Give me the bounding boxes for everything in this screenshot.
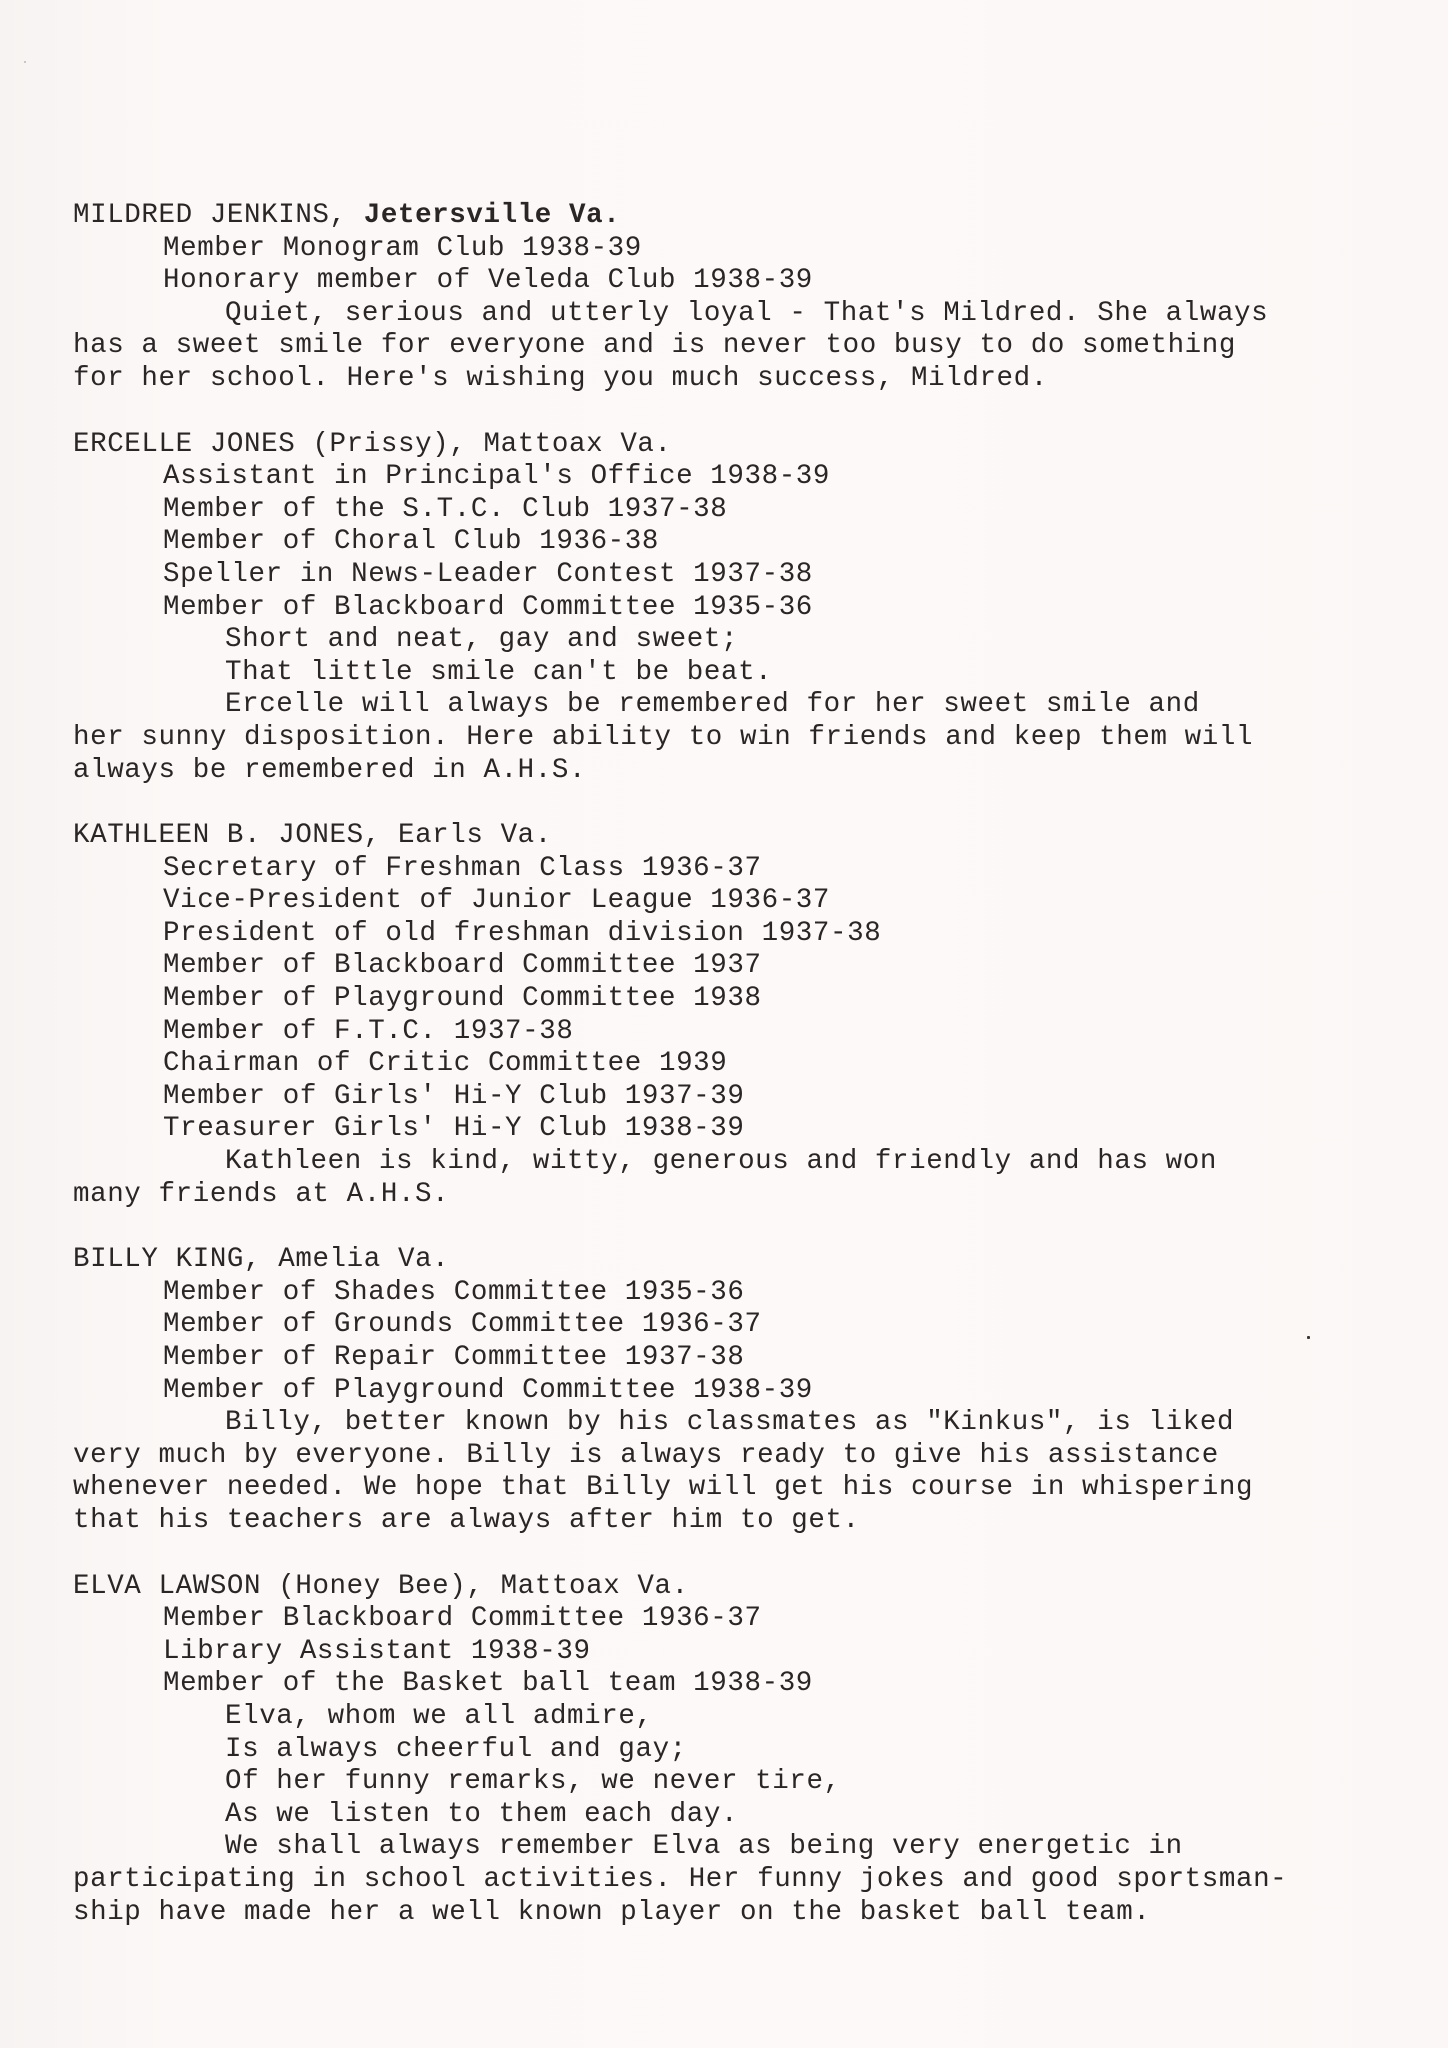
tribute-line: Quiet, serious and utterly loyal - That'… <box>73 298 1393 331</box>
activity-item: Vice-President of Junior League 1936-37 <box>73 885 1393 918</box>
activity-item: Member of Blackboard Committee 1935-36 <box>73 592 1393 625</box>
activity-item: Honorary member of Veleda Club 1938-39 <box>73 265 1393 298</box>
heading-separator: , <box>330 200 364 231</box>
document-page: MILDRED JENKINS, Jetersville Va. Member … <box>0 0 1448 2048</box>
entry-heading: ERCELLE JONES (Prissy), Mattoax Va. <box>73 429 1393 462</box>
heading-separator: , <box>466 1571 500 1602</box>
tribute-line: participating in school activities. Her … <box>73 1864 1393 1897</box>
activity-item: Member of Girls' Hi-Y Club 1937-39 <box>73 1081 1393 1114</box>
tribute-line: always be remembered in A.H.S. <box>73 755 1393 788</box>
student-name: KATHLEEN B. JONES <box>73 820 364 851</box>
tribute-line: ship have made her a well known player o… <box>73 1897 1393 1930</box>
heading-separator: , <box>244 1244 278 1275</box>
activity-item: Member of Playground Committee 1938-39 <box>73 1375 1393 1408</box>
verse-line: Is always cheerful and gay; <box>73 1734 1393 1767</box>
ink-speck <box>24 61 26 63</box>
entry-heading: ELVA LAWSON (Honey Bee), Mattoax Va. <box>73 1571 1393 1604</box>
entry-heading: BILLY KING, Amelia Va. <box>73 1244 1393 1277</box>
activity-item: Member of Choral Club 1936-38 <box>73 526 1393 559</box>
student-entry: MILDRED JENKINS, Jetersville Va. Member … <box>73 200 1393 396</box>
student-hometown: Mattoax Va. <box>501 1571 689 1602</box>
activity-item: Member of the S.T.C. Club 1937-38 <box>73 494 1393 527</box>
entry-spacer <box>73 787 1393 820</box>
verse-line: Of her funny remarks, we never tire, <box>73 1766 1393 1799</box>
activity-item: Member of Grounds Committee 1936-37 <box>73 1309 1393 1342</box>
activity-item: Assistant in Principal's Office 1938-39 <box>73 461 1393 494</box>
verse-line: That little smile can't be beat. <box>73 657 1393 690</box>
activity-item: Member of Shades Committee 1935-36 <box>73 1277 1393 1310</box>
activity-item: Member of Repair Committee 1937-38 <box>73 1342 1393 1375</box>
activity-item: Member Monogram Club 1938-39 <box>73 233 1393 266</box>
tribute-line: We shall always remember Elva as being v… <box>73 1831 1393 1864</box>
activity-item: President of old freshman division 1937-… <box>73 918 1393 951</box>
tribute-line: Kathleen is kind, witty, generous and fr… <box>73 1146 1393 1179</box>
activity-item: Secretary of Freshman Class 1936-37 <box>73 853 1393 886</box>
verse-line: Elva, whom we all admire, <box>73 1701 1393 1734</box>
student-nickname: (Honey Bee) <box>278 1571 466 1602</box>
entry-spacer <box>73 1538 1393 1571</box>
tribute-line: Billy, better known by his classmates as… <box>73 1407 1393 1440</box>
student-name: MILDRED JENKINS <box>73 200 330 231</box>
tribute-line: many friends at A.H.S. <box>73 1179 1393 1212</box>
tribute-line: for her school. Here's wishing you much … <box>73 363 1393 396</box>
heading-separator: , <box>449 429 483 460</box>
yearbook-entries: MILDRED JENKINS, Jetersville Va. Member … <box>73 200 1393 1929</box>
heading-separator: , <box>364 820 398 851</box>
activity-item: Speller in News-Leader Contest 1937-38 <box>73 559 1393 592</box>
student-hometown: Jetersville Va. <box>364 200 621 231</box>
student-entry: ERCELLE JONES (Prissy), Mattoax Va. Assi… <box>73 429 1393 788</box>
tribute-line: her sunny disposition. Here ability to w… <box>73 722 1393 755</box>
tribute-line: whenever needed. We hope that Billy will… <box>73 1472 1393 1505</box>
student-hometown: Amelia Va. <box>278 1244 449 1275</box>
activity-item: Library Assistant 1938-39 <box>73 1636 1393 1669</box>
activity-item: Member of F.T.C. 1937-38 <box>73 1016 1393 1049</box>
student-entry: ELVA LAWSON (Honey Bee), Mattoax Va. Mem… <box>73 1571 1393 1930</box>
verse-line: As we listen to them each day. <box>73 1799 1393 1832</box>
student-hometown: Earls Va. <box>398 820 552 851</box>
entry-heading: KATHLEEN B. JONES, Earls Va. <box>73 820 1393 853</box>
student-entry: BILLY KING, Amelia Va. Member of Shades … <box>73 1244 1393 1537</box>
activity-item: Member of Blackboard Committee 1937 <box>73 950 1393 983</box>
student-name: ERCELLE JONES <box>73 429 295 460</box>
student-name: ELVA LAWSON <box>73 1571 261 1602</box>
activity-item: Chairman of Critic Committee 1939 <box>73 1048 1393 1081</box>
student-name: BILLY KING <box>73 1244 244 1275</box>
ink-speck <box>1307 1336 1310 1339</box>
tribute-line: very much by everyone. Billy is always r… <box>73 1440 1393 1473</box>
verse-line: Short and neat, gay and sweet; <box>73 624 1393 657</box>
tribute-line: Ercelle will always be remembered for he… <box>73 689 1393 722</box>
entry-spacer <box>73 1211 1393 1244</box>
activity-item: Member of the Basket ball team 1938-39 <box>73 1668 1393 1701</box>
tribute-line: has a sweet smile for everyone and is ne… <box>73 330 1393 363</box>
entry-heading: MILDRED JENKINS, Jetersville Va. <box>73 200 1393 233</box>
student-hometown: Mattoax Va. <box>484 429 672 460</box>
entry-spacer <box>73 396 1393 429</box>
activity-item: Member of Playground Committee 1938 <box>73 983 1393 1016</box>
activity-item: Treasurer Girls' Hi-Y Club 1938-39 <box>73 1113 1393 1146</box>
activity-item: Member Blackboard Committee 1936-37 <box>73 1603 1393 1636</box>
student-entry: KATHLEEN B. JONES, Earls Va. Secretary o… <box>73 820 1393 1211</box>
student-nickname: (Prissy) <box>312 429 449 460</box>
tribute-line: that his teachers are always after him t… <box>73 1505 1393 1538</box>
